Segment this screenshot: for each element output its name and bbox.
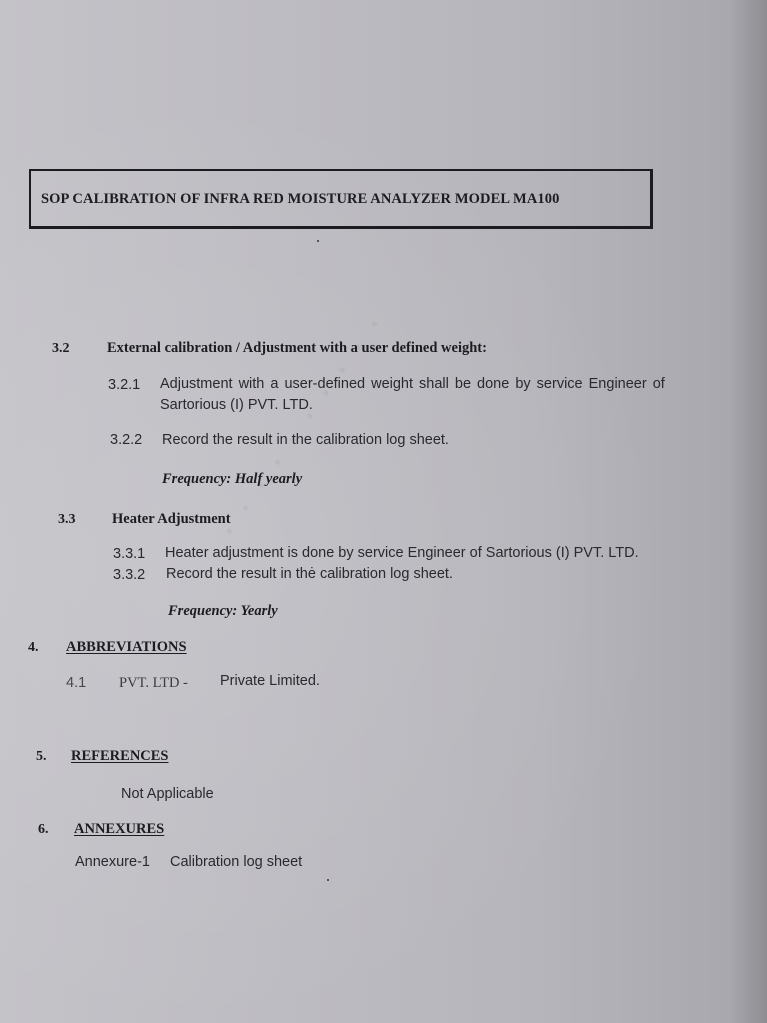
item-3-2-2-text: Record the result in the calibration log… — [162, 432, 449, 448]
item-3-2-1-text-cont: Sartorious (I) PVT. LTD. — [160, 397, 313, 413]
section-6-number: 6. — [38, 822, 49, 838]
item-3-3-2-number: 3.3.2 — [113, 567, 145, 583]
item-4-1-number: 4.1 — [66, 675, 86, 691]
section-3-2-frequency: Frequency: Half yearly — [162, 471, 302, 488]
item-3-2-1-number: 3.2.1 — [108, 377, 140, 393]
annexure-label: Annexure-1 — [75, 854, 150, 870]
section-6-heading: ANNEXURES — [74, 821, 164, 838]
item-3-3-1-text: Heater adjustment is done by service Eng… — [165, 545, 639, 561]
section-4-number: 4. — [28, 640, 39, 656]
document-title-box: SOP CALIBRATION OF INFRA RED MOISTURE AN… — [29, 169, 653, 229]
item-3-3-2-text: Record the result in thė calibration log… — [166, 566, 453, 582]
section-3-3-frequency: Frequency: Yearly — [168, 603, 278, 620]
document-page: · · · · · · · · · · SOP CALIBRATION OF I… — [0, 0, 767, 1023]
speck — [317, 240, 319, 242]
annexure-text: Calibration log sheet — [170, 854, 302, 870]
section-5-number: 5. — [36, 749, 47, 765]
section-3-3-number: 3.3 — [58, 512, 76, 528]
item-3-2-2-number: 3.2.2 — [110, 432, 142, 448]
section-3-2-heading: External calibration / Adjustment with a… — [107, 340, 487, 357]
speck — [327, 879, 329, 881]
abbreviation-meaning: Private Limited. — [220, 673, 320, 689]
section-5-heading: REFERENCES — [71, 748, 169, 765]
references-text: Not Applicable — [121, 786, 214, 802]
document-title: SOP CALIBRATION OF INFRA RED MOISTURE AN… — [41, 191, 559, 208]
section-3-2-number: 3.2 — [52, 341, 70, 357]
abbreviation-term: PVT. LTD - — [119, 675, 188, 692]
item-3-3-1-number: 3.3.1 — [113, 546, 145, 562]
section-3-3-heading: Heater Adjustment — [112, 511, 231, 528]
item-3-2-1-text: Adjustment with a user-defined weight sh… — [160, 376, 665, 392]
section-4-heading: ABBREVIATIONS — [66, 639, 187, 656]
